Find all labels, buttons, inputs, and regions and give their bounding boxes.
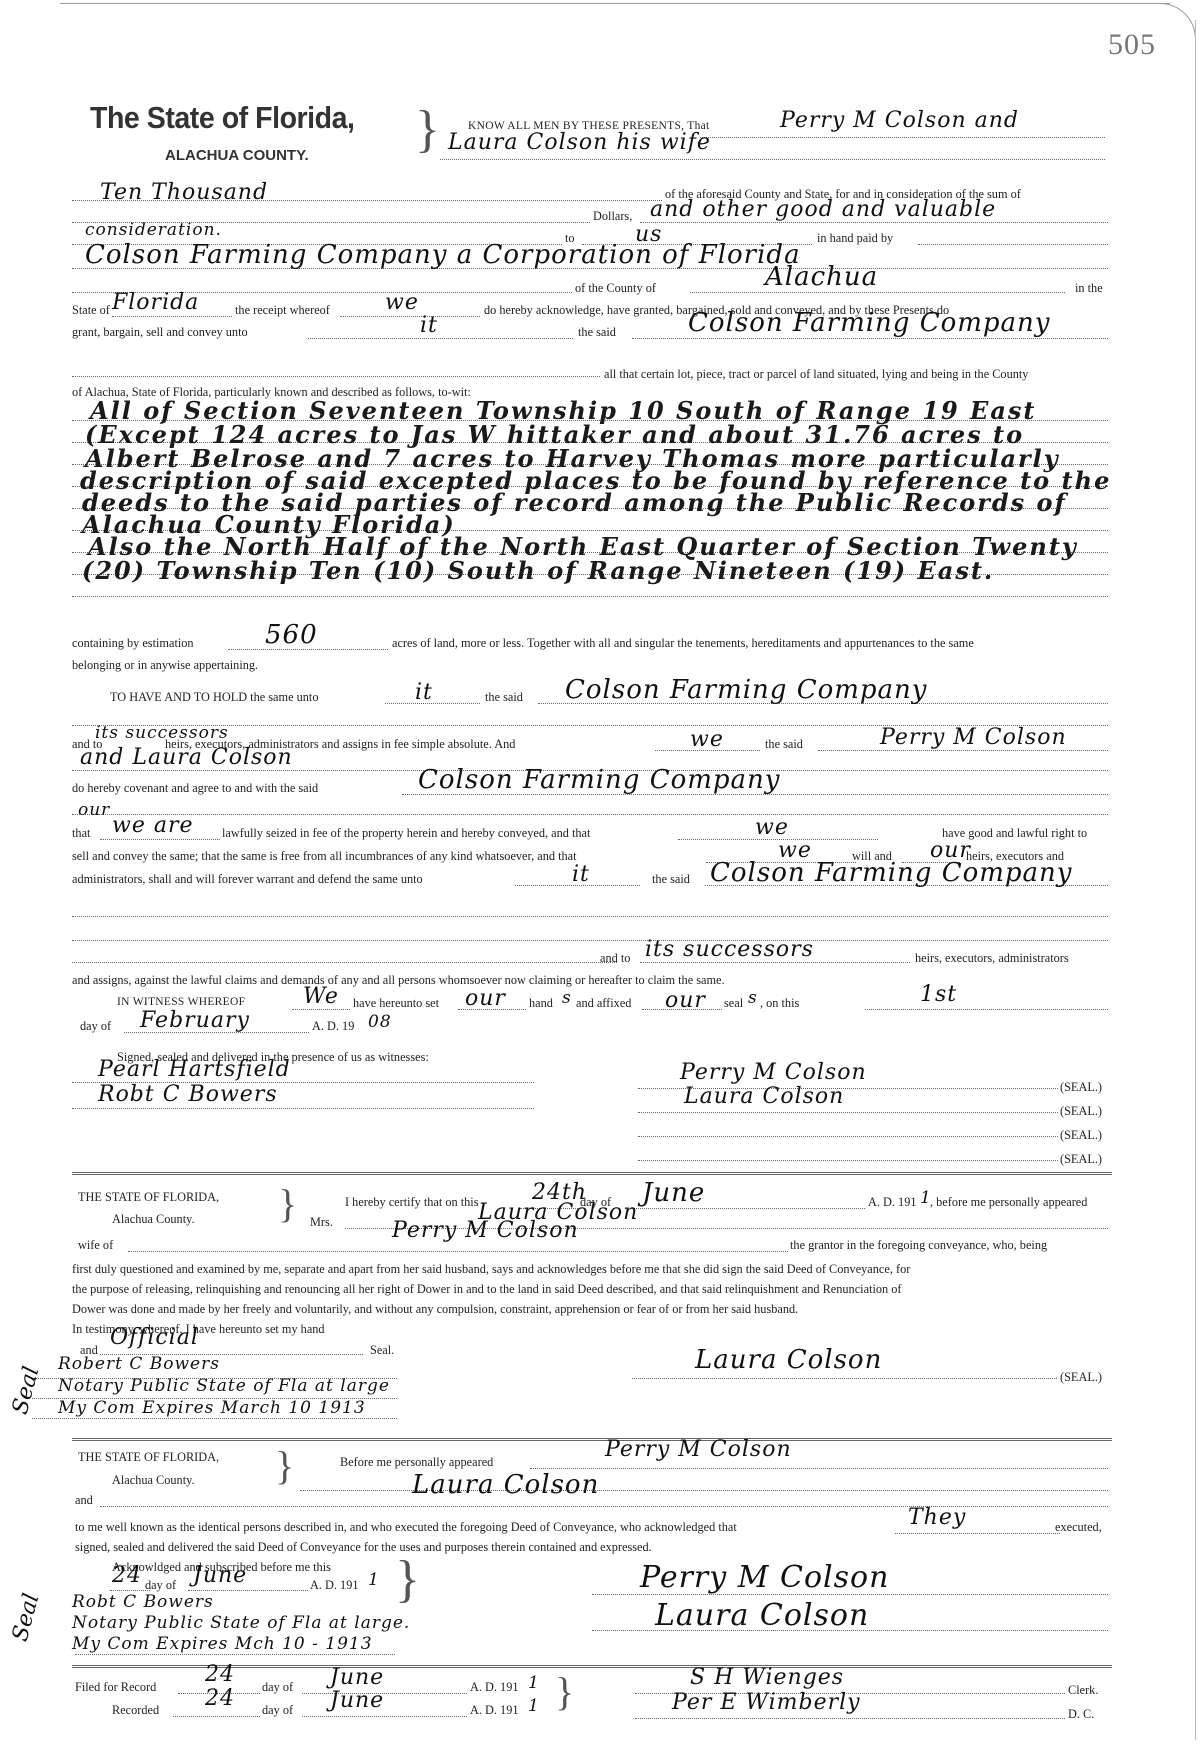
- blank-line: [188, 1590, 308, 1591]
- other-consideration: and other good and valuable: [650, 197, 996, 222]
- filed-label: Filed for Record: [75, 1680, 156, 1695]
- year-value: 08: [368, 1012, 392, 1032]
- blank-line: [700, 137, 1105, 138]
- blank-line: [72, 1108, 534, 1109]
- grantor-2: and Laura Colson: [80, 745, 293, 770]
- blank-line: [72, 916, 1108, 917]
- brace: }: [395, 1550, 420, 1609]
- grantor-text: the grantor in the foregoing conveyance,…: [790, 1238, 1047, 1253]
- that-value: we are: [112, 813, 194, 838]
- known-value: They: [908, 1505, 966, 1530]
- receipt-value: we: [385, 290, 419, 315]
- set-label: have hereunto set: [353, 996, 439, 1011]
- state-label: THE STATE OF FLORIDA,: [78, 1190, 219, 1205]
- certify-text: I hereby certify that on this: [345, 1195, 479, 1210]
- blank-line: [72, 376, 600, 377]
- county-label: of the County of: [575, 281, 656, 296]
- wife-of-label: wife of: [78, 1238, 113, 1253]
- seal-suffix: s: [748, 988, 758, 1008]
- warrant-grantee: Colson Farming Company: [710, 858, 1072, 888]
- paragraph-line: first duly questioned and examined by me…: [72, 1262, 910, 1277]
- grantor-1: Perry M Colson: [880, 725, 1067, 750]
- the-said-label: the said: [765, 737, 803, 752]
- brace: }: [275, 1442, 294, 1489]
- assigns-text: and assigns, against the lawful claims a…: [72, 973, 725, 988]
- affixed-label: and affixed: [576, 996, 631, 1011]
- deed-page: 505 The State of Florida, ALACHUA COUNTY…: [0, 0, 1200, 1745]
- county-value: Alachua: [765, 262, 878, 292]
- recorded-label: Recorded: [112, 1703, 159, 1718]
- executed-label: executed,: [1055, 1520, 1102, 1535]
- blank-line: [635, 1718, 1065, 1719]
- blank-line: [72, 596, 1108, 597]
- ad-label: A. D. 19: [312, 1019, 354, 1034]
- wife-signature: Laura Colson: [695, 1345, 882, 1375]
- hand-suffix: s: [562, 988, 572, 1008]
- grantors-line-2: Laura Colson his wife: [448, 130, 711, 155]
- dc-signature: Per E Wimberly: [672, 1690, 861, 1715]
- ad-label: A. D. 191: [310, 1578, 359, 1593]
- seal-text: (SEAL.): [1060, 1128, 1102, 1143]
- sell-text: sell and convey the same; that the same …: [72, 849, 577, 864]
- blank-line: [302, 1716, 467, 1717]
- whereof-label: IN WITNESS WHEREOF: [117, 996, 245, 1008]
- brace: }: [555, 1668, 574, 1715]
- recorded-month: June: [330, 1688, 384, 1713]
- page-number: 505: [1108, 28, 1156, 62]
- hand-label: hand: [529, 996, 553, 1011]
- description-line: (20) Township Ten (10) South of Range Ni…: [82, 556, 994, 585]
- covenant-value: Colson Farming Company: [418, 765, 780, 795]
- before-text: Before me personally appeared: [340, 1455, 493, 1470]
- admin-value: it: [572, 862, 590, 887]
- blank-line: [72, 940, 1108, 941]
- month-value: February: [140, 1008, 250, 1033]
- blank-line: [818, 750, 1108, 751]
- grantee-name: Colson Farming Company: [688, 308, 1050, 338]
- blank-line: [100, 839, 220, 840]
- notary-line: Notary Public State of Fla at large: [58, 1376, 390, 1396]
- grantee-name: Colson Farming Company: [565, 675, 927, 705]
- dc-label: D. C.: [1068, 1707, 1094, 1722]
- situated-text: all that certain lot, piece, tract or pa…: [604, 367, 1028, 382]
- the-said-label: the said: [578, 325, 616, 340]
- day-of-label: day of: [145, 1578, 176, 1593]
- have-hold-value: it: [415, 680, 433, 705]
- blank-line: [173, 1716, 260, 1717]
- wife-of-value: Perry M Colson: [392, 1218, 579, 1243]
- blank-line: [632, 338, 1108, 339]
- filed-day: 24: [205, 1662, 235, 1687]
- acres-text: acres of land, more or less. Together wi…: [392, 636, 974, 651]
- sum-written: Ten Thousand: [100, 180, 268, 205]
- seal-text: (SEAL.): [1060, 1104, 1102, 1119]
- blank-line: [292, 1009, 350, 1010]
- admin-text: administrators, shall and will forever w…: [72, 872, 423, 887]
- our-value: our: [78, 800, 110, 820]
- county-label: Alachua County.: [112, 1212, 195, 1227]
- ad-label: A. D. 191: [470, 1703, 519, 1718]
- person-2: Laura Colson: [412, 1470, 599, 1500]
- blank-line: [638, 1112, 1058, 1113]
- grant-text: grant, bargain, sell and convey unto: [72, 325, 248, 340]
- blank-line: [340, 316, 480, 317]
- blank-line: [865, 1009, 1108, 1010]
- notary-line: My Com Expires Mch 10 - 1913: [72, 1634, 373, 1654]
- paragraph-line: the purpose of releasing, relinquishing …: [72, 1282, 901, 1297]
- the-said-label: the said: [485, 690, 523, 705]
- page-corner: [1155, 3, 1196, 44]
- witness-signature: Robt C Bowers: [98, 1082, 278, 1107]
- filed-year: 1: [528, 1673, 540, 1693]
- grantors-line-1: Perry M Colson and: [780, 108, 1019, 133]
- blank-line: [440, 159, 1105, 160]
- acres-value: 560: [265, 620, 318, 650]
- blank-line: [530, 1468, 1108, 1469]
- year-value: 1: [368, 1570, 380, 1590]
- grantor-signature: Perry M Colson: [680, 1060, 867, 1085]
- blank-line: [72, 814, 1108, 815]
- notary-line: Robert C Bowers: [58, 1354, 220, 1374]
- recorded-day: 24: [205, 1686, 235, 1711]
- covenant-label: do hereby covenant and agree to and with…: [72, 781, 318, 796]
- hand-paid-label: in hand paid by: [817, 231, 893, 246]
- containing-label: containing by estimation: [72, 636, 194, 651]
- clerk-label: Clerk.: [1068, 1683, 1098, 1698]
- blank-line: [128, 1251, 788, 1252]
- payer: Colson Farming Company a Corporation of …: [85, 240, 801, 270]
- official-value: Official: [110, 1325, 199, 1350]
- belonging-text: belonging or in anywise appertaining.: [72, 658, 258, 673]
- have-hold-label: TO HAVE AND TO HOLD the same unto: [110, 690, 318, 705]
- ad-label: A. D. 191: [868, 1195, 917, 1210]
- blank-line: [638, 1136, 1058, 1137]
- blank-line: [32, 1418, 397, 1419]
- blank-line: [112, 316, 232, 317]
- state-label: THE STATE OF FLORIDA,: [78, 1450, 219, 1465]
- day-value: 1st: [920, 982, 957, 1007]
- notary-line: Robt C Bowers: [72, 1592, 214, 1612]
- state-value: Florida: [112, 290, 199, 315]
- grantor-signature: Perry M Colson: [640, 1560, 889, 1595]
- seal-mark: Seal: [8, 1364, 45, 1417]
- seized-value: we: [755, 815, 789, 840]
- witness-signature: Pearl Hartsfield: [98, 1057, 291, 1082]
- whereof-value: We: [303, 984, 339, 1009]
- blank-line: [918, 244, 1108, 245]
- blank-line: [640, 962, 910, 963]
- state-label: State of: [72, 303, 110, 318]
- section-divider: [72, 1172, 1112, 1175]
- blank-line: [630, 1208, 865, 1209]
- seal-mark: Seal: [8, 1591, 45, 1644]
- blank-line: [640, 222, 1108, 223]
- successors-value: its successors: [645, 937, 814, 962]
- affixed-value: our: [665, 988, 706, 1013]
- and-value: we: [690, 727, 724, 752]
- state-title: The State of Florida,: [90, 100, 354, 136]
- recorded-year: 1: [528, 1696, 540, 1716]
- and-label: and: [75, 1493, 93, 1508]
- day-value: 24: [112, 1563, 142, 1588]
- mrs-label: Mrs.: [310, 1215, 333, 1230]
- set-value: our: [465, 986, 506, 1011]
- filed-month: June: [330, 1665, 384, 1690]
- blank-line: [690, 292, 1065, 293]
- known-text: to me well known as the identical person…: [75, 1520, 737, 1535]
- on-this-label: , on this: [760, 996, 799, 1011]
- person-1: Perry M Colson: [605, 1437, 792, 1462]
- grantor-signature: Laura Colson: [684, 1084, 844, 1109]
- brace: }: [278, 1180, 297, 1227]
- ad-label: A. D. 191: [470, 1680, 519, 1695]
- month-value: June: [193, 1563, 247, 1588]
- seal-text: (SEAL.): [1060, 1080, 1102, 1095]
- blank-line: [632, 1378, 1057, 1379]
- blank-line: [638, 1160, 1058, 1161]
- seal-label: Seal.: [370, 1343, 394, 1358]
- page-edge-right: [1195, 20, 1196, 1740]
- seal-text: (SEAL.): [1060, 1152, 1102, 1167]
- grantor-signature: Laura Colson: [655, 1598, 869, 1633]
- notary-line: My Com Expires March 10 1913: [58, 1398, 366, 1418]
- blank-line: [75, 1654, 395, 1655]
- in-the-label: in the: [1075, 281, 1103, 296]
- heirs-exec-text: heirs, executors, administrators: [915, 951, 1069, 966]
- county-label: Alachua County.: [112, 1473, 195, 1488]
- day-of-label: day of: [262, 1703, 293, 1718]
- the-said-label: the said: [652, 872, 690, 887]
- notary-line: Notary Public State of Fla at large.: [72, 1613, 410, 1633]
- dollars-label: Dollars,: [593, 209, 632, 224]
- blank-line: [895, 1533, 1060, 1534]
- section-divider: [72, 1438, 1112, 1441]
- signed-text: signed, sealed and delivered the said De…: [75, 1540, 652, 1555]
- seized-text: lawfully seized in fee of the property h…: [222, 826, 590, 841]
- month-value: June: [642, 1178, 705, 1208]
- page-edge-top: [60, 3, 1170, 4]
- seal-label: seal: [724, 996, 743, 1011]
- paragraph-line: Dower was done and made by her freely an…: [72, 1302, 798, 1317]
- that-label: that: [72, 826, 90, 841]
- grant-value: it: [420, 313, 438, 338]
- blank-line: [72, 962, 617, 963]
- appeared-text: , before me personally appeared: [930, 1195, 1087, 1210]
- receipt-label: the receipt whereof: [235, 303, 330, 318]
- brace: }: [415, 100, 440, 159]
- seal-text: (SEAL.): [1060, 1370, 1102, 1385]
- day-of-label: day of: [80, 1019, 111, 1034]
- county-title: ALACHUA COUNTY.: [165, 147, 309, 164]
- other-consideration-2: consideration.: [85, 220, 222, 240]
- day-of-label: day of: [262, 1680, 293, 1695]
- blank-line: [302, 1693, 467, 1694]
- clerk-signature: S H Wienges: [690, 1665, 844, 1690]
- and-to-label: and to: [600, 951, 630, 966]
- blank-line: [308, 338, 573, 339]
- blank-line: [110, 1590, 150, 1591]
